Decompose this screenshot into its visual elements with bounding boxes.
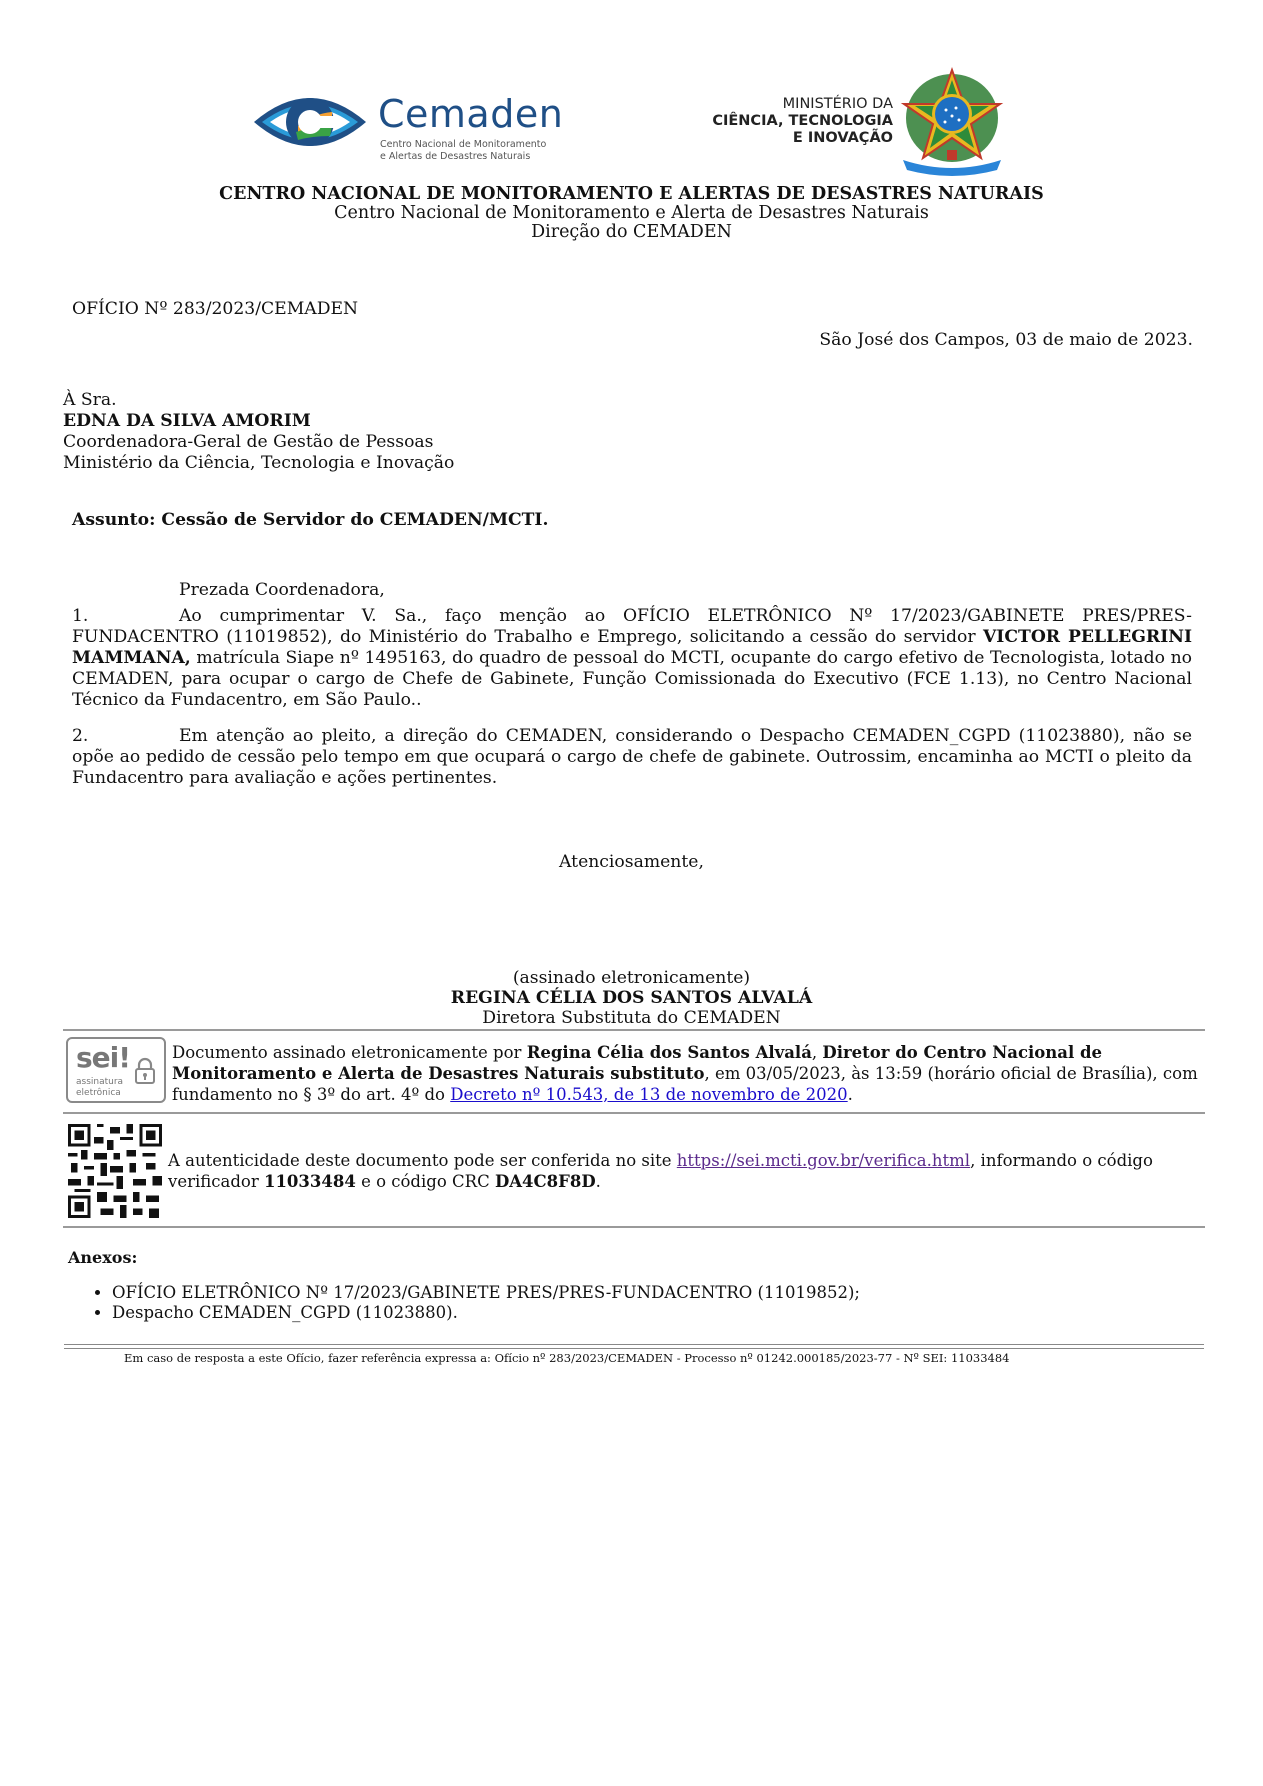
header-department: Direção do CEMADEN	[0, 222, 1263, 242]
crc-code: DA4C8F8D	[495, 1172, 596, 1191]
paragraph-text: matrícula Siape nº 1495163, do quadro de…	[72, 648, 1192, 710]
subject-line: Assunto: Cessão de Servidor do CEMADEN/M…	[72, 510, 548, 530]
place-date: São José dos Campos, 03 de maio de 2023.	[819, 330, 1193, 350]
paragraph-number: 1.	[72, 606, 179, 627]
verifier-code: 11033484	[264, 1172, 356, 1191]
sig-text: .	[848, 1085, 853, 1104]
mcti-line-1: MINISTÉRIO DA	[783, 96, 893, 112]
signer-name: REGINA CÉLIA DOS SANTOS ALVALÁ	[0, 988, 1263, 1008]
paragraph-2: 2.Em atenção ao pleito, a direção do CEM…	[72, 726, 1192, 789]
qr-code-icon	[68, 1124, 162, 1218]
electronic-signature-text: Documento assinado eletronicamente por R…	[172, 1042, 1202, 1105]
sei-badge-line-1: assinatura	[76, 1077, 123, 1087]
sei-badge-line-2: eletrônica	[76, 1088, 121, 1098]
recipient-salutation: À Sra.	[63, 390, 117, 410]
footer-divider	[64, 1344, 1204, 1345]
cemaden-subtitle-2: e Alertas de Desastres Naturais	[380, 151, 530, 162]
sig-text: Documento assinado eletronicamente por	[172, 1043, 527, 1062]
recipient-organization: Ministério da Ciência, Tecnologia e Inov…	[63, 453, 454, 473]
mcti-logo: MINISTÉRIO DA CIÊNCIA, TECNOLOGIA E INOV…	[705, 66, 1005, 178]
sei-signature-badge: sei! assinatura eletrônica	[66, 1037, 166, 1103]
header-title: CENTRO NACIONAL DE MONITORAMENTO E ALERT…	[0, 184, 1263, 204]
signature-note: (assinado eletronicamente)	[0, 968, 1263, 988]
mcti-line-2: CIÊNCIA, TECNOLOGIA	[712, 113, 893, 129]
divider	[63, 1226, 1205, 1228]
greeting: Prezada Coordenadora,	[179, 580, 385, 600]
auth-text: e o código CRC	[356, 1172, 495, 1191]
recipient-name: EDNA DA SILVA AMORIM	[63, 411, 311, 431]
sei-brand: sei!	[76, 1041, 130, 1074]
paragraph-1: 1.Ao cumprimentar V. Sa., faço menção ao…	[72, 606, 1192, 711]
brazil-coat-of-arms-icon	[899, 66, 1005, 178]
footer-divider	[64, 1348, 1204, 1349]
attachment-item: OFÍCIO ELETRÔNICO Nº 17/2023/GABINETE PR…	[112, 1283, 860, 1303]
footer-reference-note: Em caso de resposta a este Ofício, fazer…	[124, 1351, 1010, 1365]
cemaden-subtitle-1: Centro Nacional de Monitoramento	[380, 139, 546, 150]
sig-text: ,	[812, 1043, 823, 1062]
cemaden-wordmark: Cemaden	[378, 92, 563, 136]
sig-signer: Regina Célia dos Santos Alvalá	[527, 1043, 812, 1062]
mcti-line-3: E INOVAÇÃO	[793, 130, 893, 146]
cemaden-eye-icon	[250, 82, 370, 162]
recipient-role: Coordenadora-Geral de Gestão de Pessoas	[63, 432, 433, 452]
verification-url-link[interactable]: https://sei.mcti.gov.br/verifica.html	[677, 1151, 970, 1170]
oficio-number: OFÍCIO Nº 283/2023/CEMADEN	[72, 299, 358, 319]
cemaden-logo: Cemaden Centro Nacional de Monitoramento…	[250, 82, 550, 162]
attachments-label: Anexos:	[68, 1248, 137, 1267]
auth-text: .	[596, 1172, 601, 1191]
auth-text: A autenticidade deste documento pode ser…	[168, 1151, 677, 1170]
paragraph-number: 2.	[72, 726, 179, 747]
closing: Atenciosamente,	[0, 852, 1263, 872]
attachment-item: Despacho CEMADEN_CGPD (11023880).	[112, 1303, 860, 1323]
lock-icon	[134, 1057, 156, 1085]
authenticity-text: A autenticidade deste documento pode ser…	[168, 1150, 1208, 1192]
decree-link[interactable]: Decreto nº 10.543, de 13 de novembro de …	[450, 1085, 847, 1104]
signer-title: Diretora Substituta do CEMADEN	[0, 1008, 1263, 1028]
divider	[63, 1029, 1205, 1031]
attachments-list: OFÍCIO ELETRÔNICO Nº 17/2023/GABINETE PR…	[90, 1283, 860, 1323]
paragraph-text: Em atenção ao pleito, a direção do CEMAD…	[72, 726, 1192, 788]
divider	[63, 1112, 1205, 1114]
header-subtitle: Centro Nacional de Monitoramento e Alert…	[0, 203, 1263, 223]
